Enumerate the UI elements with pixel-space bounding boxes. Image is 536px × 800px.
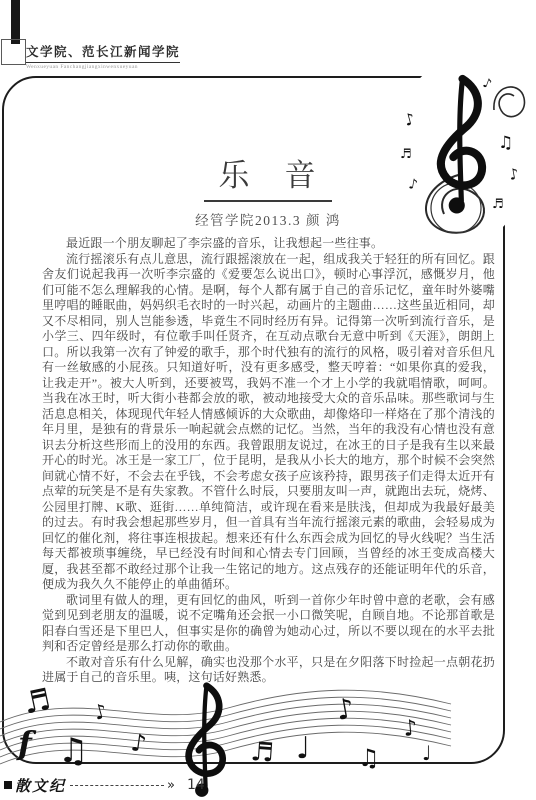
music-note-icon: ♫ <box>358 744 380 772</box>
paragraph-3: 歌词里有做人的理，更有回忆的曲风，听到一首你少年时曾中意的老歌，会有感觉到见到老… <box>42 593 495 655</box>
music-note-icon: ♩ <box>422 741 431 765</box>
page-footer: 散文纪 » 14 <box>4 777 205 793</box>
title-block: 乐 音 经管学院2013.3 颜 鸿 <box>0 150 536 229</box>
music-note-icon: ♫ <box>58 731 88 771</box>
paragraph-2: 流行摇滚乐有点儿意思，流行跟摇滚放在一起，组成我关于轻狂的所有回忆。跟舍友们说起… <box>42 252 495 593</box>
title-divider <box>204 200 332 202</box>
magazine-page: 文学院、范长江新闻学院 Wenxueyuan Fanchangjiangxinw… <box>0 0 536 800</box>
department-box <box>1 39 26 65</box>
music-note-icon: ♪ <box>402 716 418 742</box>
music-note-icon: ♬ <box>250 737 275 769</box>
department-romanization: Wenxueyuan Fanchangjiangxinwenxueyuan <box>26 64 180 70</box>
department-name: 文学院、范长江新闻学院 <box>26 42 180 63</box>
footer-dotted-leader <box>70 785 164 786</box>
department-bar <box>11 0 20 44</box>
footer-arrow: » <box>167 778 175 793</box>
forte-mark-icon: f <box>16 724 37 762</box>
footer-square-icon <box>4 781 12 789</box>
article-title: 乐 音 <box>0 150 536 195</box>
footer-section-title: 散文纪 <box>15 775 66 796</box>
music-note-icon: ♪ <box>91 698 110 724</box>
article-body: 最近跟一个朋友聊起了李宗盛的音乐，让我想起一些往事。 流行摇滚乐有点儿意思，流行… <box>42 236 495 686</box>
article-byline: 经管学院2013.3 颜 鸿 <box>0 209 536 229</box>
paragraph-1: 最近跟一个朋友聊起了李宗盛的音乐，让我想起一些往事。 <box>42 236 495 252</box>
music-note-icon: ♪ <box>333 691 356 727</box>
music-note-icon: ♬ <box>20 682 54 722</box>
page-number: 14 <box>187 777 205 793</box>
music-note-icon: ♪ <box>129 728 148 758</box>
music-note-icon: ♩ <box>296 731 310 766</box>
